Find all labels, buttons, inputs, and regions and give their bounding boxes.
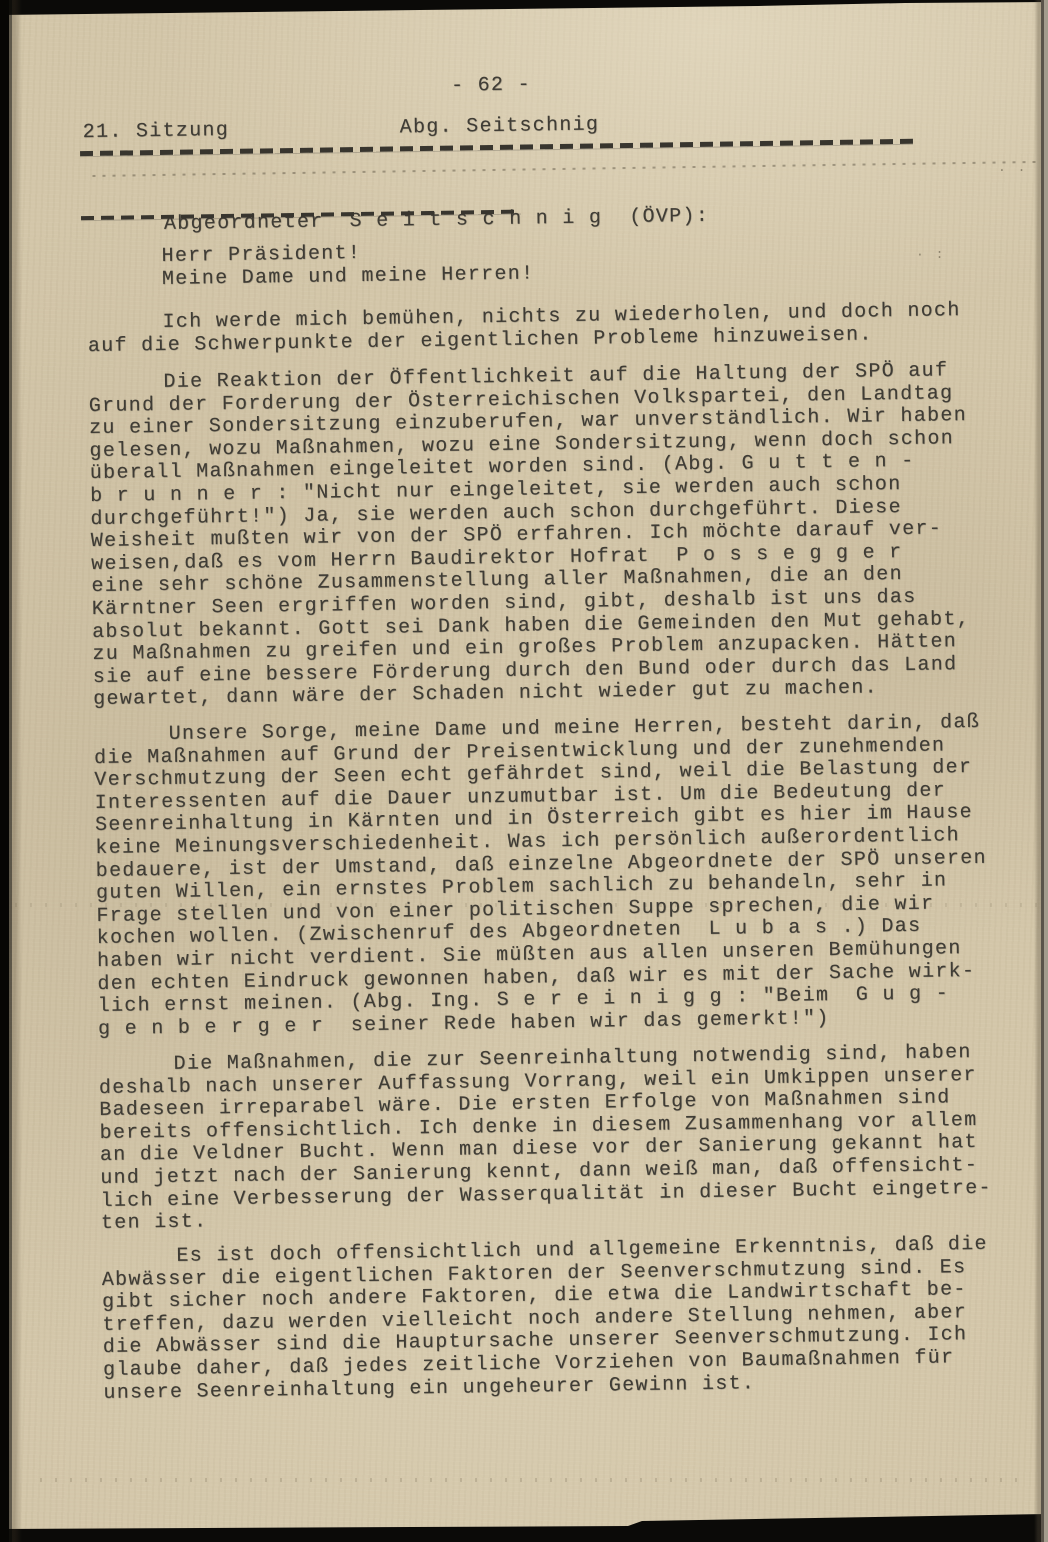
salutation: Herr Präsident!Meine Dame und meine Herr… [161,240,534,291]
page-content: - 62 - 21. Sitzung Abg. Seitschnig Abgeo… [0,0,1048,1542]
paragraph-4: Die Maßnahmen, die zur Seenreinhaltung n… [98,1042,992,1236]
speaker-party: (ÖVP): [629,205,709,229]
paragraph-5: Es ist doch offensichtlich und allgemein… [101,1234,990,1405]
paragraph-3: Unsere Sorge, meine Dame und meine Herre… [94,712,990,1041]
paragraph-1: Ich werde mich bemühen, nichts zu wieder… [87,300,961,358]
scanned-page: · : . . - 62 - 21. Sitzung Abg. Seitschn… [0,0,1048,1542]
text-line: Meine Dame und meine Herren! [162,263,535,291]
paragraph-2: Die Reaktion der Öffentlichkeit auf die … [88,360,971,712]
page-number: - 62 - [451,73,531,97]
scan-edge-left [0,0,22,1542]
scan-edge-right [1034,0,1048,1542]
faint-dotted-line [92,161,1042,177]
running-title: Abg. Seitschnig [400,113,600,139]
session-label: 21. Sitzung [83,119,230,144]
